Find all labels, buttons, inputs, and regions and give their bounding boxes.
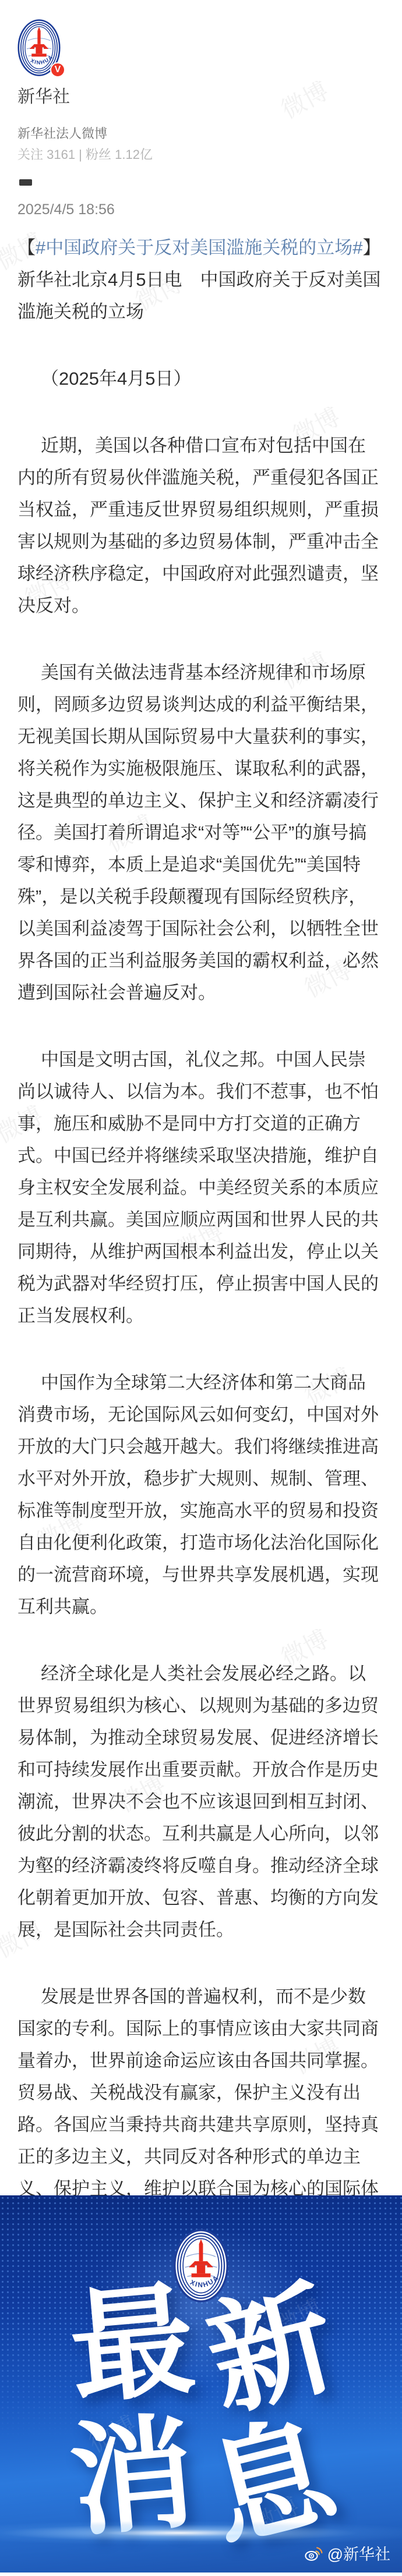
avatar[interactable]: XINHUA V [17, 19, 61, 76]
verified-badge-icon: V [50, 62, 65, 77]
image-credit: @新华社 [304, 2542, 390, 2564]
image-credit-text: @新华社 [327, 2542, 390, 2564]
image-title-char: 最 [65, 2277, 199, 2411]
weibo-icon [304, 2545, 323, 2561]
image-title-line1: 最新 [0, 2283, 402, 2406]
post-paragraph: （2025年4月5日） [17, 363, 383, 395]
post-paragraph: 近期，美国以各种借口宣布对包括中国在内的所有贸易伙伴滥施关税，严重侵犯各国正当权… [17, 430, 383, 622]
hashtag-link[interactable]: #中国政府关于反对美国滥施关税的立场# [36, 237, 362, 258]
light-flare [0, 2521, 402, 2545]
profile-subtitle: 新华社法人微博 [17, 126, 402, 142]
post-paragraph: 美国有关做法违背基本经济规律和市场原则，罔顾多边贸易谈判达成的利益平衡结果，无视… [17, 657, 383, 1009]
image-title-char: 新 [196, 2275, 346, 2425]
collapse-dash [19, 179, 32, 186]
post-body: 【#中国政府关于反对美国滥施关税的立场#】新华社北京4月5日电 中国政府关于反对… [0, 219, 402, 2333]
image-title-line2: 消息 [0, 2415, 402, 2539]
post-paragraph: 经济全球化是人类社会发展必经之路。以世界贸易组织为核心、以规则为基础的多边贸易体… [17, 1658, 383, 1946]
post-lead-paragraph: 【#中国政府关于反对美国滥施关税的立场#】新华社北京4月5日电 中国政府关于反对… [17, 232, 383, 328]
post-paragraph: 中国作为全球第二大经济体和第二大商品消费市场，无论国际风云如何变幻，中国对外开放… [17, 1367, 383, 1623]
post-paragraphs: （2025年4月5日）近期，美国以各种借口宣布对包括中国在内的所有贸易伙伴滥施关… [17, 363, 383, 2333]
profile-name[interactable]: 新华社 [17, 86, 402, 108]
profile-stats: 关注 3161 | 粉丝 1.12亿 [17, 147, 402, 163]
news-image[interactable]: XINHUA 最新 消息 @新华社 [0, 2195, 402, 2573]
post-timestamp: 2025/4/5 18:56 [17, 201, 402, 219]
post-header: XINHUA V 新华社 新华社法人微博 关注 3161 | 粉丝 1.12亿 … [0, 0, 402, 219]
post-paragraph: 中国是文明古国，礼仪之邦。中国人民崇尚以诚待人、以信为本。我们不惹事，也不怕事，… [17, 1044, 383, 1332]
lead-bracket-open: 【 [17, 237, 36, 258]
